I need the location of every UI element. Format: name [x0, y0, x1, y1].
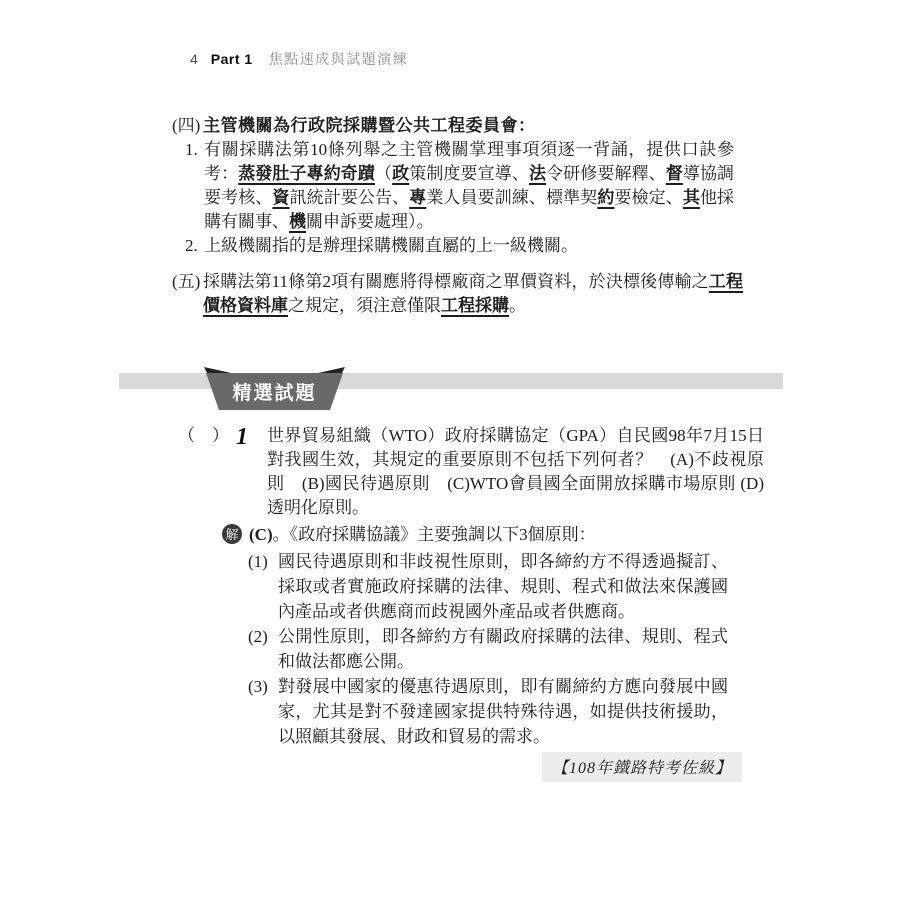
note-point-1: 1. 有關採購法第10條列舉之主管機關掌理事項須逐一背誦，提供口訣參考：蒸發肚子…	[185, 138, 734, 234]
banner-title: 精選試題	[204, 373, 345, 410]
text-run: 之規定，須注意僅限	[288, 296, 441, 315]
selected-questions-banner: 精選試題	[204, 366, 345, 410]
solution-point-list: (1) 國民待遇原則和非歧視性原則，即各締約方不得透過擬訂、採取或者實施政府採購…	[248, 549, 732, 749]
page-header: 4 Part 1 焦點速成與試題演練	[190, 49, 408, 69]
text-run: 採購法第11條第2項有關應將得標廠商之單價資料，於決標後傳輸之	[203, 272, 709, 291]
key-term: 資	[272, 188, 289, 207]
solution-answer: (C)	[249, 525, 273, 544]
text-run: 要檢定、	[614, 188, 682, 207]
note-point-list: 1. 有關採購法第10條列舉之主管機關掌理事項須逐一背誦，提供口訣參考：蒸發肚子…	[185, 138, 734, 258]
solution-point-text: 公開性原則，即各締約方有關政府採購的法律、規則、程式和做法都應公開。	[278, 624, 728, 674]
part-label: Part 1	[211, 51, 253, 67]
solution-badge-icon: 解	[222, 524, 242, 544]
exam-source: 【108年鐵路特考佐級】	[172, 752, 742, 782]
part-title: 焦點速成與試題演練	[269, 49, 409, 69]
text-run: 訊統計要公告、	[290, 188, 410, 207]
solution-point-text: 對發展中國家的優惠待遇原則，即有關締約方應向發展中國家，尤其是對不發達國家提供特…	[278, 674, 728, 749]
key-term: 督	[666, 164, 683, 183]
solution-intro: 。《政府採購協議》主要強調以下3個原則：	[273, 525, 596, 544]
question-number: 1	[236, 424, 258, 520]
point-marker: 2.	[185, 234, 204, 258]
solution-point: (3) 對發展中國家的優惠待遇原則，即有關締約方應向發展中國家，尤其是對不發達國…	[248, 674, 732, 749]
key-term: 法	[529, 164, 546, 183]
solution-block: 解 (C)。《政府採購協議》主要強調以下3個原則： (1) 國民待遇原則和非歧視…	[222, 522, 732, 749]
note-section-4-heading-row: (四) 主管機關為行政院採購暨公共工程委員會：	[172, 114, 740, 138]
text-run: （	[375, 164, 392, 183]
note-section-label: (四)	[172, 114, 203, 138]
note-section-text: 採購法第11條第2項有關應將得標廠商之單價資料，於決標後傳輸之工程價格資料庫之規…	[203, 270, 743, 318]
key-term: 機	[289, 212, 306, 231]
text-run: 令研修要解釋、	[546, 164, 666, 183]
page-number: 4	[190, 51, 198, 67]
note-point-2: 2. 上級機關指的是辦理採購機關直屬的上一級機關。	[185, 234, 734, 258]
solution-answer-text: (C)。《政府採購協議》主要強調以下3個原則：	[249, 522, 596, 547]
text-run: 業人員要訓練、標準契	[426, 188, 597, 207]
exam-source-badge: 【108年鐵路特考佐級】	[542, 752, 742, 782]
text-run: 關申訴要處理）。	[306, 212, 434, 231]
question-text: 世界貿易組織（WTO）政府採購協定（GPA）自民國98年7月15日對我國生效，其…	[267, 424, 764, 520]
answer-bracket: （ ）	[178, 424, 229, 520]
solution-point-text: 國民待遇原則和非歧視性原則，即各締約方不得透過擬訂、採取或者實施政府採購的法律、…	[278, 549, 728, 624]
point-marker: 1.	[185, 138, 204, 234]
solution-point-marker: (3)	[248, 674, 278, 749]
key-term: 專	[409, 188, 426, 207]
text-run: 。	[509, 296, 526, 315]
question-block: （ ） 1 世界貿易組織（WTO）政府採購協定（GPA）自民國98年7月15日對…	[178, 424, 764, 520]
key-term: 約	[597, 188, 614, 207]
solution-point: (2) 公開性原則，即各締約方有關政府採購的法律、規則、程式和做法都應公開。	[248, 624, 732, 674]
key-term: 其	[683, 188, 700, 207]
solution-answer-row: 解 (C)。《政府採購協議》主要強調以下3個原則：	[222, 522, 732, 547]
solution-point-marker: (2)	[248, 624, 278, 674]
solution-point-marker: (1)	[248, 549, 278, 624]
key-term: 政	[392, 164, 409, 183]
note-section-5: (五) 採購法第11條第2項有關應將得標廠商之單價資料，於決標後傳輸之工程價格資…	[172, 270, 743, 318]
key-term: 工程採購	[441, 296, 509, 315]
point-text: 有關採購法第10條列舉之主管機關掌理事項須逐一背誦，提供口訣參考：蒸發肚子專約奇…	[204, 138, 734, 234]
point-text: 上級機關指的是辦理採購機關直屬的上一級機關。	[204, 234, 734, 258]
note-section-heading: 主管機關為行政院採購暨公共工程委員會：	[203, 114, 740, 138]
note-section-label: (五)	[172, 270, 203, 318]
text-run: 策制度要宣導、	[409, 164, 529, 183]
key-term: 蒸發肚子專約奇蹟	[238, 164, 375, 183]
solution-point: (1) 國民待遇原則和非歧視性原則，即各締約方不得透過擬訂、採取或者實施政府採購…	[248, 549, 732, 624]
note-section-4: (四) 主管機關為行政院採購暨公共工程委員會： 1. 有關採購法第10條列舉之主…	[172, 114, 740, 258]
